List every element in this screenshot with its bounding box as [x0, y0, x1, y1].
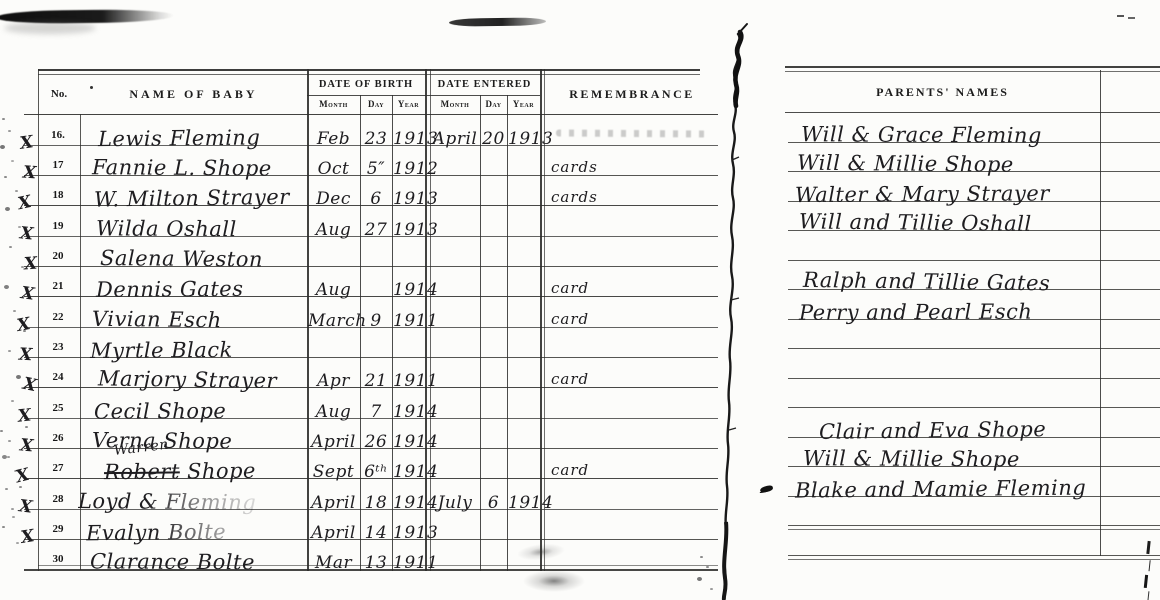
birth-day-cell: 13	[361, 553, 391, 573]
header-parents-names: PARENTS' NAMES	[785, 85, 1100, 100]
remembrance-cell: card	[551, 370, 716, 388]
header-no: No.	[38, 88, 80, 100]
scan-smudge-top-center	[449, 17, 546, 26]
rule-line	[38, 74, 700, 75]
table-row: Will and Tillie Oshall	[0, 201, 1160, 231]
header-remembrance: REMEMBRANCE	[544, 87, 720, 102]
rule-line	[788, 555, 1160, 556]
header-entered-day: Day	[480, 99, 507, 109]
rule-line	[788, 559, 1160, 560]
table-row: Will & Millie Shope	[0, 437, 1160, 467]
table-row: Will & Millie Shope	[0, 142, 1160, 172]
table-row: Blake and Mamie Fleming	[0, 466, 1160, 496]
table-row: Will & Grace Fleming	[0, 112, 1160, 142]
table-row: Walter & Mary Strayer	[0, 171, 1160, 201]
row-number: 23	[40, 341, 76, 353]
table-row: Clair and Eva Shope	[0, 407, 1160, 437]
header-entered-year: Year	[507, 99, 540, 109]
parents-names-cell: Perry and Pearl Esch	[799, 299, 1104, 325]
parents-names-cell: Will and Tillie Oshall	[799, 209, 1104, 236]
scan-smudge-halo	[4, 22, 96, 34]
scan-dots-top-right	[1117, 15, 1124, 17]
rule-line	[788, 378, 1160, 379]
header-name-of-baby: NAME OF BABY	[80, 87, 307, 102]
table-row: 30Clarance BolteMar131911	[0, 539, 760, 569]
rule-line	[788, 529, 1160, 530]
baby-name-cell: Clarance Bolte	[90, 550, 316, 575]
header-birth-month: Month	[307, 99, 360, 109]
birth-year-cell: 1911	[393, 553, 424, 573]
parents-names-cell: Blake and Mamie Fleming	[795, 475, 1100, 502]
table-row: Perry and Pearl Esch	[0, 289, 1160, 319]
row-number: 24	[40, 371, 76, 383]
table-row: Ralph and Tillie Gates	[0, 260, 1160, 290]
header-date-entered: DATE ENTERED	[428, 79, 541, 90]
header-date-of-birth: DATE OF BIRTH	[307, 79, 425, 90]
scanned-ledger: No. NAME OF BABY DATE OF BIRTH DATE ENTE…	[0, 0, 1160, 600]
header-birth-day: Day	[360, 99, 392, 109]
table-row: X24Marjory StrayerApr211911card	[0, 357, 760, 387]
rule-line	[788, 348, 1160, 349]
scan-edge-marks	[1146, 541, 1150, 554]
header-birth-year: Year	[392, 99, 425, 109]
row-number: 30	[40, 553, 76, 565]
rule-line	[38, 69, 700, 71]
rule-line	[788, 525, 1160, 526]
header-entered-month: Month	[430, 99, 480, 109]
row-number: 29	[40, 523, 76, 535]
table-row: X23Myrtle Black	[0, 327, 760, 357]
birth-month-cell: Mar	[308, 553, 359, 573]
rule-line	[785, 66, 1160, 68]
rule-line	[307, 95, 540, 96]
scan-smudge-bottom	[523, 570, 585, 592]
table-row: X29Evalyn BolteApril141913	[0, 509, 760, 539]
rule-line	[785, 71, 1160, 72]
